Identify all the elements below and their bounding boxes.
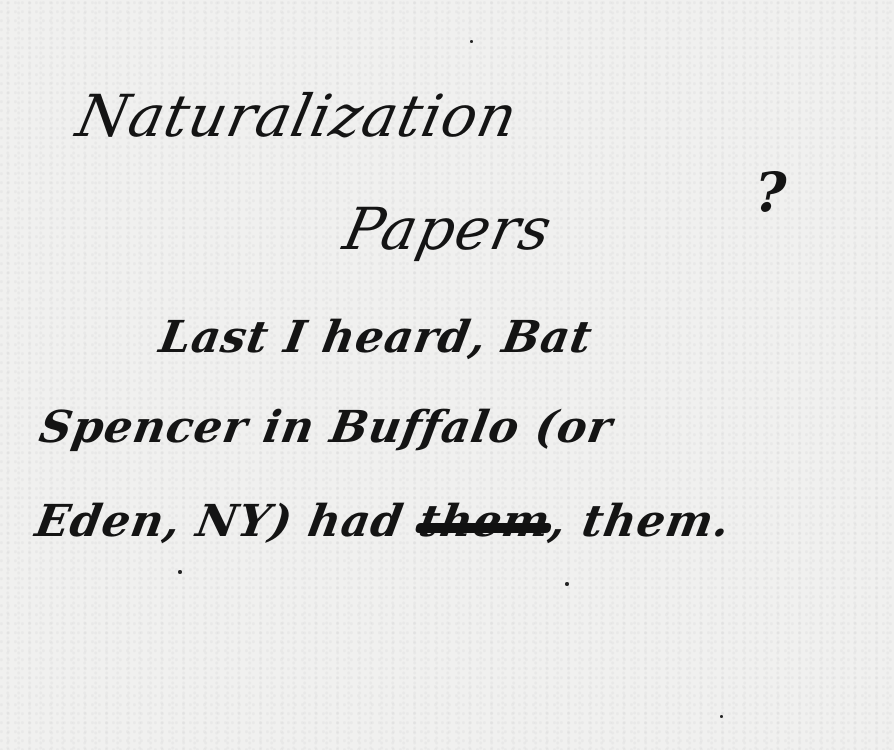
note-body-line-3: Eden, NY) had them, them. [32, 496, 735, 547]
ink-speck [178, 570, 182, 574]
note-body-line-1: Last I heard, Bat [156, 312, 597, 363]
note-body-line-2: Spencer in Buffalo (or [36, 402, 617, 453]
struck-through-word: them [415, 496, 555, 547]
note-body-line-3-text: Eden, NY) had [32, 496, 408, 547]
ink-speck [565, 582, 569, 586]
ink-speck [720, 715, 723, 718]
note-title-line-1: Naturalization [71, 82, 524, 150]
margin-question-mark: ? [755, 160, 788, 224]
note-title-line-2: Papers [338, 195, 558, 263]
ink-speck [470, 40, 473, 43]
final-word: them. [578, 496, 734, 547]
